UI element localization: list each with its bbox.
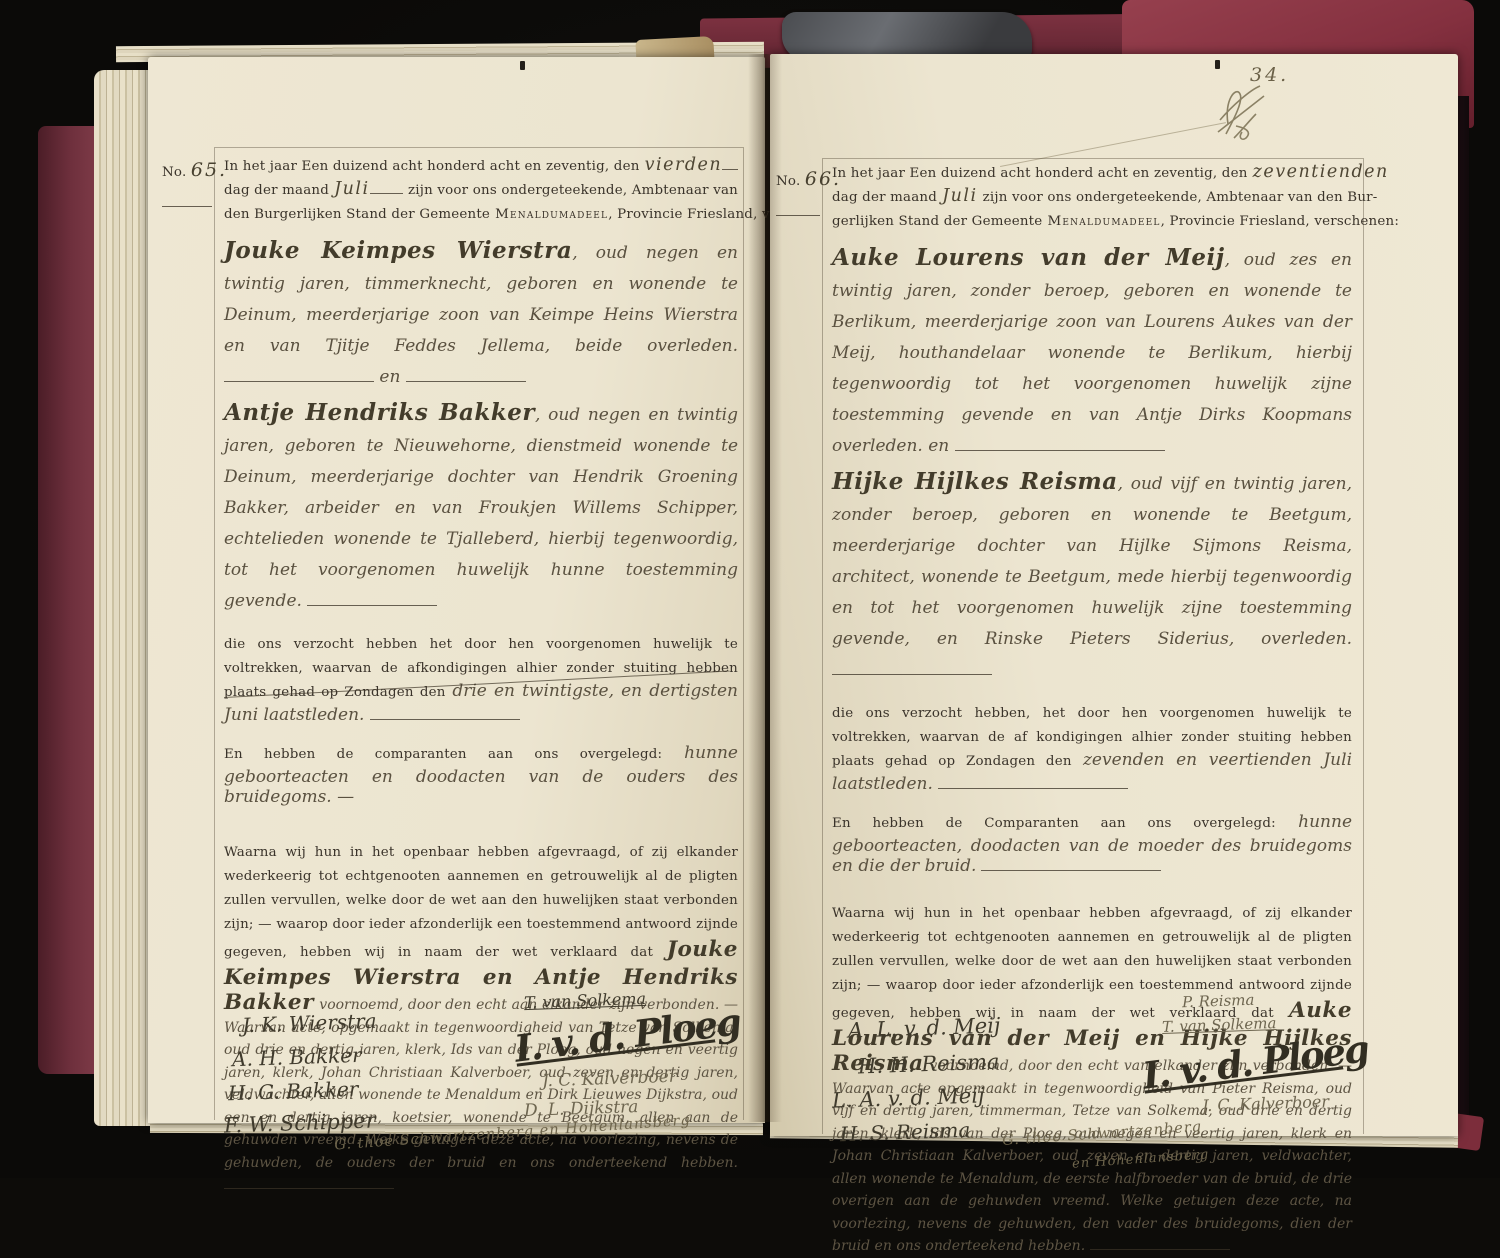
bride-details: , oud vijf en twintig jaren, zonder bero… [832, 474, 1352, 649]
record-no-value: 65. [191, 159, 227, 181]
bride-name: Hijke Hijlkes Reisma [832, 468, 1118, 495]
intro-print: , Provincie Friesland, verschenen: [1161, 210, 1399, 234]
intro-print: zijn voor ons ondergeteekende, Ambtenaar… [408, 179, 738, 203]
month-handwritten: Juli [942, 186, 977, 206]
spine-tape [782, 12, 1032, 60]
filler-line [981, 858, 1161, 871]
filler-line [722, 157, 738, 170]
signature-father-groom-meij: L. A. v. d. Meij [832, 1083, 985, 1112]
signature-father-bride-reisma: H. S. Reisma [840, 1118, 971, 1147]
page-stack-left-edges [94, 70, 152, 1126]
signature-witness-kalverboer: J. C. Kalverboer [1202, 1092, 1330, 1115]
filler-line [224, 368, 374, 382]
signature-witness-reisma-p: P. Reisma [1182, 991, 1255, 1012]
signature-witness-ploeg: I. v. d. Ploeg [1140, 1026, 1370, 1097]
binding-mark [1215, 60, 1220, 69]
signature-bride-bakker: A. H. Bakker [232, 1043, 362, 1072]
documents-print: En hebben de Comparanten aan ons overgel… [832, 816, 1276, 831]
intro-line-2: dag der maand Juli zijn voor ons onderge… [832, 186, 1352, 210]
bride-name: Antje Hendriks Bakker [224, 399, 535, 426]
signature-bride-reisma: H. H. Reisma [858, 1050, 1000, 1079]
photographed-register-book: No. 65. In het jaar Een duizend acht hon… [0, 0, 1500, 1178]
bride-paragraph: Antje Hendriks Bakker, oud negen en twin… [224, 397, 738, 617]
binding-mark [520, 61, 525, 70]
municipality-name: Menaldumadeel [1047, 210, 1160, 234]
filler-line [370, 707, 520, 720]
bride-details: , oud negen en twintig jaren, geboren te… [224, 405, 738, 611]
documents-paragraph: En hebben de Comparanten aan ons overgel… [832, 812, 1352, 876]
conjunction-en: en [379, 367, 400, 387]
bride-paragraph: Hijke Hijlkes Reisma, oud vijf en twinti… [832, 466, 1352, 686]
signature-groom-meij: A. L. v. d. Meij [848, 1013, 1001, 1042]
record-65-number: No. 65. [162, 159, 227, 207]
documents-paragraph: En hebben de comparanten aan ons overgel… [224, 743, 738, 807]
right-page: 34. No. 66. In het jaar Een duizend acht… [770, 54, 1458, 1136]
record-no-label: No. [162, 165, 186, 180]
intro-line-3: den Burgerlijken Stand der Gemeente Mena… [224, 203, 738, 227]
intro-line-1: In het jaar Een duizend acht honderd ach… [832, 162, 1352, 186]
signature-father-bakker: H. G. Bakker [228, 1077, 359, 1106]
intro-print: In het jaar Een duizend acht honderd ach… [224, 155, 640, 179]
intro-print: gerlijken Stand der Gemeente [832, 210, 1042, 234]
municipality-name: Menaldumadeel [495, 203, 608, 227]
day-handwritten: zeventienden [1253, 162, 1389, 182]
filler-line [307, 592, 437, 606]
conjunction-en: en [928, 436, 949, 456]
signature-witness-solkema: T. van Solkema [1162, 1014, 1277, 1036]
left-page: No. 65. In het jaar Een duizend acht hon… [148, 57, 765, 1123]
month-handwritten: Juli [334, 179, 369, 199]
filler-line [955, 437, 1165, 451]
groom-name: Auke Lourens van der Meij [832, 244, 1225, 271]
record-66-signatures: A. L. v. d. Meij H. H. Reisma L. A. v. d… [832, 994, 1352, 1124]
intro-print: dag der maand [224, 179, 329, 203]
groom-paragraph: Auke Lourens van der Meij, oud zes en tw… [832, 242, 1352, 462]
filler-line [370, 181, 403, 194]
signature-witness-solkema: T. van Solkema [524, 989, 647, 1012]
intro-line-2: dag der maand Juli zijn voor ons onderge… [224, 179, 738, 203]
filler-line [832, 661, 992, 675]
intro-print: In het jaar Een duizend acht honderd ach… [832, 162, 1248, 186]
intro-print: den Burgerlijken Stand der Gemeente [224, 203, 490, 227]
intro-line-1: In het jaar Een duizend acht honderd ach… [224, 155, 738, 179]
groom-details: , oud zes en twintig jaren, zonder beroe… [832, 250, 1352, 456]
filler-line [406, 368, 526, 382]
intro-print: zijn voor ons ondergeteekende, Ambtenaar… [983, 186, 1378, 210]
signature-groom-wierstra: J. K. Wierstra [242, 1009, 377, 1038]
publication-paragraph: die ons verzocht hebben het door hen voo… [224, 633, 738, 725]
documents-print: En hebben de comparanten aan ons overgel… [224, 747, 662, 762]
signature-witness-kalverboer: J. C. Kalverboer [542, 1067, 678, 1092]
publication-paragraph: die ons verzocht hebben, het door hen vo… [832, 702, 1352, 794]
registrar-paraph-icon [1206, 80, 1282, 142]
book-gutter-shadow [748, 54, 782, 1122]
day-handwritten: vierden [645, 155, 723, 175]
intro-line-3: gerlijken Stand der Gemeente Menaldumade… [832, 210, 1352, 234]
filler-line [938, 776, 1128, 789]
closing-print: Waarna wij hun in het openbaar hebben af… [224, 845, 738, 960]
groom-name: Jouke Keimpes Wierstra [224, 237, 572, 264]
groom-paragraph: Jouke Keimpes Wierstra, oud negen en twi… [224, 235, 738, 393]
record-65-signatures: J. K. Wierstra A. H. Bakker H. G. Bakker… [224, 995, 738, 1115]
filler-line [776, 204, 820, 216]
intro-print: dag der maand [832, 186, 937, 210]
filler-line [162, 195, 212, 207]
